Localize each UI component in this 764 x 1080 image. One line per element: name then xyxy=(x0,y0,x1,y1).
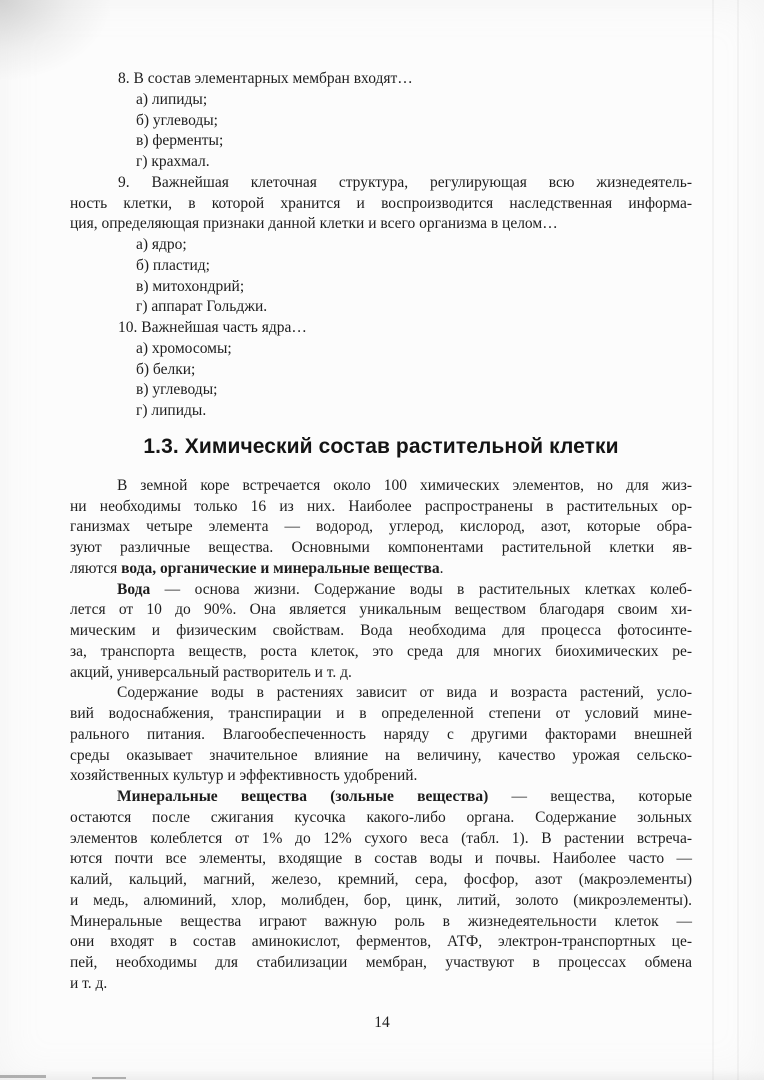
document-page: 8. В состав элементарных мембран входят…… xyxy=(0,0,764,1080)
scan-edge-mark xyxy=(0,1075,46,1078)
text-segment: 9. Важнейшая клеточная структура, регули… xyxy=(118,174,692,191)
text-segment: акций, универсальный растворитель и т. д… xyxy=(70,664,352,681)
bold-text-segment: вода, органические и минеральные веществ… xyxy=(121,560,440,577)
text-line: ганизмах четыре элемента — водород, угле… xyxy=(70,517,692,538)
text-segment: б) белки; xyxy=(136,361,195,378)
text-line: ция, определяющая признаки данной клетки… xyxy=(70,214,692,235)
text-line: они входят в состав аминокислот, фермент… xyxy=(70,932,692,953)
paragraph: Вода — основа жизни. Содержание воды в р… xyxy=(70,580,692,684)
text-segment: В земной коре встречается около 100 хими… xyxy=(117,477,692,494)
text-segment: . xyxy=(440,560,444,577)
text-segment: ются почти все элементы, входящие в сост… xyxy=(70,850,692,867)
text-line: элементов колеблется от 1% до 12% сухого… xyxy=(70,829,692,850)
page-number: 14 xyxy=(0,1013,764,1034)
text-line: мическим и физическим свойствам. Вода не… xyxy=(70,621,692,642)
text-line: и медь, алюминий, хлор, молибден, бор, ц… xyxy=(70,891,692,912)
text-segment: лется от 10 до 90%. Она является уникаль… xyxy=(70,601,692,618)
text-segment: они входят в состав аминокислот, фермент… xyxy=(70,933,692,950)
text-line: акций, универсальный растворитель и т. д… xyxy=(70,663,692,684)
text-segment: г) аппарат Гольджи. xyxy=(136,298,267,315)
text-segment: вий водоснабжения, транспирации и в опре… xyxy=(70,705,692,722)
text-segment: калий, кальций, магний, железо, кремний,… xyxy=(70,871,692,888)
text-line: г) крахмал. xyxy=(70,152,692,173)
text-line: ляются вода, органические и минеральные … xyxy=(70,559,692,580)
text-line: В земной коре встречается около 100 хими… xyxy=(70,476,692,497)
text-segment: рального питания. Влагообеспеченность на… xyxy=(70,726,692,743)
text-segment: ганизмах четыре элемента — водород, угле… xyxy=(70,518,692,535)
text-line: б) белки; xyxy=(70,360,692,381)
text-segment: б) пластид; xyxy=(136,257,210,274)
text-line: рального питания. Влагообеспеченность на… xyxy=(70,725,692,746)
text-segment: ни необходимы только 16 из них. Наиболее… xyxy=(70,498,692,515)
paragraph: Содержание воды в растениях зависит от в… xyxy=(70,683,692,787)
text-segment: элементов колеблется от 1% до 12% сухого… xyxy=(70,830,692,847)
text-segment: — основа жизни. Содержание воды в растит… xyxy=(150,581,692,598)
text-line: в) углеводы; xyxy=(70,380,692,401)
text-segment: Минеральные вещества играют важную роль … xyxy=(70,913,692,930)
scan-streak xyxy=(712,0,714,1080)
scan-streak xyxy=(737,0,739,1080)
paragraph: Минеральные вещества (зольные вещества) … xyxy=(70,787,692,995)
text-line: пей, необходимы для стабилизации мембран… xyxy=(70,953,692,974)
text-segment: 8. В состав элементарных мембран входят… xyxy=(118,70,413,87)
text-line: в) ферменты; xyxy=(70,131,692,152)
text-line: ются почти все элементы, входящие в сост… xyxy=(70,849,692,870)
text-line: в) митохондрий; xyxy=(70,277,692,298)
text-line: г) липиды. xyxy=(70,401,692,422)
scan-edge-mark xyxy=(92,1077,126,1079)
scan-smudge-top-left xyxy=(0,0,110,80)
text-line: Вода — основа жизни. Содержание воды в р… xyxy=(70,580,692,601)
text-segment: а) ядро; xyxy=(136,236,187,253)
text-line: а) хромосомы; xyxy=(70,339,692,360)
text-line: ность клетки, в которой хранится и воспр… xyxy=(70,194,692,215)
text-segment: — вещества, которые xyxy=(488,788,692,805)
bold-text-segment: Минеральные вещества (зольные вещества) xyxy=(117,788,488,805)
text-line: а) ядро; xyxy=(70,235,692,256)
paragraph: В земной коре встречается около 100 хими… xyxy=(70,476,692,580)
text-segment: зуют различные вещества. Основными компо… xyxy=(70,539,692,556)
text-segment: за, транспорта веществ, роста клеток, эт… xyxy=(70,643,692,660)
text-line: ни необходимы только 16 из них. Наиболее… xyxy=(70,497,692,518)
text-segment: в) ферменты; xyxy=(136,132,223,149)
text-line: 10. Важнейшая часть ядра… xyxy=(70,318,692,339)
text-segment: остаются после сжигания кусочка какого-л… xyxy=(70,809,692,826)
text-line: б) пластид; xyxy=(70,256,692,277)
text-segment: ляются xyxy=(70,560,121,577)
text-segment: в) углеводы; xyxy=(136,381,217,398)
scan-edge-shading xyxy=(0,1070,764,1080)
text-segment: мическим и физическим свойствам. Вода не… xyxy=(70,622,692,639)
page-content: 8. В состав элементарных мембран входят…… xyxy=(70,69,692,995)
text-line: Минеральные вещества играют важную роль … xyxy=(70,912,692,933)
text-segment: ность клетки, в которой хранится и воспр… xyxy=(70,195,692,212)
text-segment: а) хромосомы; xyxy=(136,340,232,357)
text-line: а) липиды; xyxy=(70,90,692,111)
text-line: Содержание воды в растениях зависит от в… xyxy=(70,683,692,704)
text-line: лется от 10 до 90%. Она является уникаль… xyxy=(70,600,692,621)
text-line: остаются после сжигания кусочка какого-л… xyxy=(70,808,692,829)
text-segment: Содержание воды в растениях зависит от в… xyxy=(117,684,692,701)
text-line: 9. Важнейшая клеточная структура, регули… xyxy=(70,173,692,194)
text-line: среды оказывает значительное влияние на … xyxy=(70,746,692,767)
text-line: Минеральные вещества (зольные вещества) … xyxy=(70,787,692,808)
text-segment: г) липиды. xyxy=(136,402,206,419)
text-segment: б) углеводы; xyxy=(136,112,218,129)
text-segment: пей, необходимы для стабилизации мембран… xyxy=(70,954,692,971)
text-line: и т. д. xyxy=(70,974,692,995)
text-segment: г) крахмал. xyxy=(136,153,210,170)
quiz-section: 8. В состав элементарных мембран входят…… xyxy=(70,69,692,422)
text-segment: 10. Важнейшая часть ядра… xyxy=(118,319,307,336)
text-segment: ция, определяющая признаки данной клетки… xyxy=(70,215,558,232)
text-segment: и т. д. xyxy=(70,975,107,992)
bold-text-segment: Вода xyxy=(117,581,150,598)
body-text: В земной коре встречается около 100 хими… xyxy=(70,476,692,995)
text-line: 8. В состав элементарных мембран входят… xyxy=(70,69,692,90)
text-line: б) углеводы; xyxy=(70,111,692,132)
text-line: хозяйственных культур и эффективность уд… xyxy=(70,766,692,787)
text-segment: в) митохондрий; xyxy=(136,278,244,295)
section-heading: 1.3. Химический состав растительной клет… xyxy=(70,434,692,460)
text-segment: и медь, алюминий, хлор, молибден, бор, ц… xyxy=(70,892,692,909)
text-line: за, транспорта веществ, роста клеток, эт… xyxy=(70,642,692,663)
text-line: вий водоснабжения, транспирации и в опре… xyxy=(70,704,692,725)
text-segment: хозяйственных культур и эффективность уд… xyxy=(70,767,417,784)
text-line: зуют различные вещества. Основными компо… xyxy=(70,538,692,559)
text-segment: среды оказывает значительное влияние на … xyxy=(70,747,692,764)
text-segment: а) липиды; xyxy=(136,91,207,108)
text-line: г) аппарат Гольджи. xyxy=(70,297,692,318)
text-line: калий, кальций, магний, железо, кремний,… xyxy=(70,870,692,891)
